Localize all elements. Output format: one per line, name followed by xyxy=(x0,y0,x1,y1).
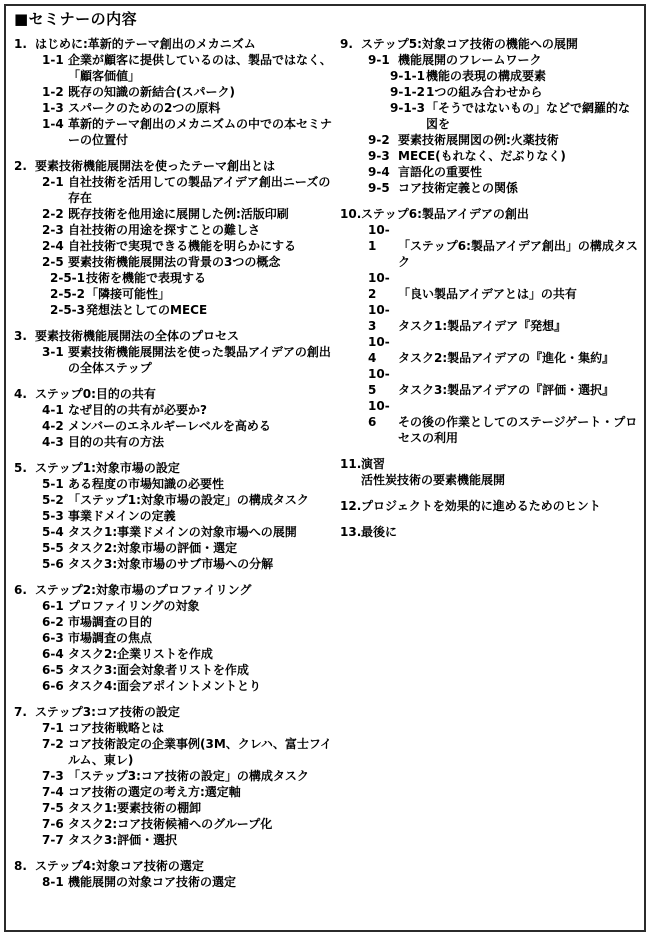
toc-item: 6-1プロファイリングの対象 xyxy=(14,598,336,614)
item-number: 6-5 xyxy=(42,662,68,678)
item-number: 9-5 xyxy=(368,180,398,196)
item-text: なぜ目的の共有が必要か? xyxy=(68,403,207,417)
toc-item: 6-5タスク3:面会対象者リストを作成 xyxy=(14,662,336,678)
item-number: 9-1 xyxy=(368,52,398,68)
section-title: 要素技術機能展開法の全体のプロセス xyxy=(35,329,239,343)
toc-section: 9.ステップ5:対象コア技術の機能への展開 9-1機能展開のフレームワーク 9-… xyxy=(340,36,640,196)
toc-column-right: 9.ステップ5:対象コア技術の機能への展開 9-1機能展開のフレームワーク 9-… xyxy=(340,36,640,550)
section-heading: 1.はじめに:革新的テーマ創出のメカニズム xyxy=(14,36,336,52)
section-heading: 7.ステップ3:コア技術の設定 xyxy=(14,704,336,720)
section-number: 13. xyxy=(340,524,361,540)
toc-item: 10-3タスク1:製品アイデア『発想』 xyxy=(340,302,640,334)
item-number: 5-5 xyxy=(42,540,68,556)
item-text: 要素技術展開図の例:火薬技術 xyxy=(398,133,559,147)
item-number: 4-1 xyxy=(42,402,68,418)
toc-item: 6-6タスク4:面会アポイントメントとり xyxy=(14,678,336,694)
item-text: タスク2:製品アイデアの『進化・集約』 xyxy=(398,351,614,365)
toc-section: 8.ステップ4:対象コア技術の選定 8-1機能展開の対象コア技術の選定 xyxy=(14,858,336,890)
item-text: 既存技術を他用途に展開した例:活版印刷 xyxy=(68,207,289,221)
item-number: 7-6 xyxy=(42,816,68,832)
section-number: 12. xyxy=(340,498,361,514)
item-number: 2-5-3 xyxy=(50,302,86,318)
item-text: コア技術の選定の考え方:選定軸 xyxy=(68,785,241,799)
toc-item: 8-1機能展開の対象コア技術の選定 xyxy=(14,874,336,890)
item-number: 2-3 xyxy=(42,222,68,238)
section-heading: 10.ステップ6:製品アイデアの創出 xyxy=(340,206,640,222)
item-text: 活性炭技術の要素機能展開 xyxy=(361,473,505,487)
toc-item: 10-4タスク2:製品アイデアの『進化・集約』 xyxy=(340,334,640,366)
toc-item: 7-7タスク3:評価・選択 xyxy=(14,832,336,848)
section-number: 6. xyxy=(14,582,35,598)
section-title: ステップ3:コア技術の設定 xyxy=(35,705,180,719)
item-number: 1-4 xyxy=(42,116,68,132)
section-heading: 12.プロジェクトを効果的に進めるためのヒント xyxy=(340,498,640,514)
item-text: 要素技術機能展開法を使った製品アイデアの創出の全体ステップ xyxy=(68,345,331,375)
item-text: コア技術設定の企業事例(3M、クレハ、富士フイルム、東レ) xyxy=(68,737,332,767)
item-text: ある程度の市場知識の必要性 xyxy=(68,477,224,491)
item-text: タスク2:対象市場の評価・選定 xyxy=(68,541,237,555)
item-text: 「ステップ6:製品アイデア創出」の構成タスク xyxy=(398,239,638,269)
toc-item: 7-5タスク1:要素技術の棚卸 xyxy=(14,800,336,816)
toc-item: 9-4言語化の重要性 xyxy=(340,164,640,180)
section-title: プロジェクトを効果的に進めるためのヒント xyxy=(361,499,601,513)
section-title: ステップ4:対象コア技術の選定 xyxy=(35,859,204,873)
item-text: 「良い製品アイデアとは」の共有 xyxy=(398,287,577,301)
toc-item: 5-3事業ドメインの定義 xyxy=(14,508,336,524)
item-number: 2-5-1 xyxy=(50,270,86,286)
toc-item: 7-1コア技術戦略とは xyxy=(14,720,336,736)
toc-item: 1-3スパークのための2つの原料 xyxy=(14,100,336,116)
toc-item: 10-2「良い製品アイデアとは」の共有 xyxy=(340,270,640,302)
item-number: 7-4 xyxy=(42,784,68,800)
toc-item: 5-1ある程度の市場知識の必要性 xyxy=(14,476,336,492)
item-text: コア技術戦略とは xyxy=(68,721,164,735)
section-heading: 8.ステップ4:対象コア技術の選定 xyxy=(14,858,336,874)
item-number: 3-1 xyxy=(42,344,68,360)
item-text: 機能展開のフレームワーク xyxy=(398,53,542,67)
toc-section: 2.要素技術機能展開法を使ったテーマ創出とは 2-1自社技術を活用しての製品アイ… xyxy=(14,158,336,318)
section-title: ステップ6:製品アイデアの創出 xyxy=(361,207,529,221)
item-text: 市場調査の焦点 xyxy=(68,631,152,645)
section-heading: 6.ステップ2:対象市場のプロファイリング xyxy=(14,582,336,598)
item-text: 機能展開の対象コア技術の選定 xyxy=(68,875,236,889)
section-heading: 9.ステップ5:対象コア技術の機能への展開 xyxy=(340,36,640,52)
item-number: 7-1 xyxy=(42,720,68,736)
item-text: タスク3:面会対象者リストを作成 xyxy=(68,663,249,677)
item-number: 10-3 xyxy=(368,302,398,334)
toc-item: 7-2コア技術設定の企業事例(3M、クレハ、富士フイルム、東レ) xyxy=(14,736,336,768)
item-number: 4-2 xyxy=(42,418,68,434)
section-number: 10. xyxy=(340,206,361,222)
item-number: 2-2 xyxy=(42,206,68,222)
item-number: 4-3 xyxy=(42,434,68,450)
section-heading: 2.要素技術機能展開法を使ったテーマ創出とは xyxy=(14,158,336,174)
section-title: 演習 xyxy=(361,457,385,471)
toc-section: 6.ステップ2:対象市場のプロファイリング 6-1プロファイリングの対象 6-2… xyxy=(14,582,336,694)
section-title: 要素技術機能展開法を使ったテーマ創出とは xyxy=(35,159,275,173)
toc-item: 2-5-3発想法としてのMECE xyxy=(14,302,336,318)
toc-item: 6-2市場調査の目的 xyxy=(14,614,336,630)
item-text: その後の作業としてのステージゲート・プロセスの利用 xyxy=(398,415,637,445)
section-heading: 5.ステップ1:対象市場の設定 xyxy=(14,460,336,476)
page-title: ■セミナーの内容 xyxy=(14,10,640,29)
toc-item: 9-1-21つの組み合わせから xyxy=(340,84,640,100)
document-page: ■セミナーの内容 1.はじめに:革新的テーマ創出のメカニズム 1-1企業が顧客に… xyxy=(0,0,650,939)
item-text: 事業ドメインの定義 xyxy=(68,509,176,523)
item-number: 10-5 xyxy=(368,366,398,398)
toc-section: 3.要素技術機能展開法の全体のプロセス 3-1要素技術機能展開法を使った製品アイ… xyxy=(14,328,336,376)
item-number: 8-1 xyxy=(42,874,68,890)
toc-item: 2-5-2「隣接可能性」 xyxy=(14,286,336,302)
item-text: スパークのための2つの原料 xyxy=(68,101,220,115)
item-text: 自社技術を活用しての製品アイデア創出ニーズの存在 xyxy=(68,175,330,205)
item-text: 技術を機能で表現する xyxy=(86,271,206,285)
toc-item: 5-4タスク1:事業ドメインの対象市場への展開 xyxy=(14,524,336,540)
section-heading: 13.最後に xyxy=(340,524,640,540)
toc-section: 7.ステップ3:コア技術の設定 7-1コア技術戦略とは 7-2コア技術設定の企業… xyxy=(14,704,336,848)
section-number: 11. xyxy=(340,456,361,472)
item-number: 6-1 xyxy=(42,598,68,614)
toc-item: 1-4革新的テーマ創出のメカニズムの中での本セミナーの位置付 xyxy=(14,116,336,148)
item-text: 「ステップ3:コア技術の設定」の構成タスク xyxy=(68,769,309,783)
item-text: タスク3:対象市場のサブ市場への分解 xyxy=(68,557,273,571)
item-text: 既存の知識の新結合(スパーク) xyxy=(68,85,235,99)
item-number: 2-5-2 xyxy=(50,286,86,302)
item-text: 市場調査の目的 xyxy=(68,615,152,629)
item-number: 7-2 xyxy=(42,736,68,752)
toc-item: 4-2メンバーのエネルギーレベルを高める xyxy=(14,418,336,434)
item-number: 7-5 xyxy=(42,800,68,816)
toc-item: 7-6タスク2:コア技術候補へのグループ化 xyxy=(14,816,336,832)
item-number: 1-2 xyxy=(42,84,68,100)
section-heading: 11.演習 xyxy=(340,456,640,472)
item-text: タスク2:企業リストを作成 xyxy=(68,647,213,661)
section-number: 5. xyxy=(14,460,35,476)
section-number: 3. xyxy=(14,328,35,344)
toc-item: 2-5-1技術を機能で表現する xyxy=(14,270,336,286)
item-number: 5-6 xyxy=(42,556,68,572)
toc-item: 6-4タスク2:企業リストを作成 xyxy=(14,646,336,662)
item-number: 10-6 xyxy=(368,398,398,430)
section-number: 9. xyxy=(340,36,361,52)
toc-section: 13.最後に xyxy=(340,524,640,540)
item-number: 9-1-2 xyxy=(390,84,426,100)
toc-section: 1.はじめに:革新的テーマ創出のメカニズム 1-1企業が顧客に提供しているのは、… xyxy=(14,36,336,148)
item-number: 10-4 xyxy=(368,334,398,366)
section-title: ステップ0:目的の共有 xyxy=(35,387,156,401)
item-text: タスク1:要素技術の棚卸 xyxy=(68,801,201,815)
item-number: 9-4 xyxy=(368,164,398,180)
item-number: 2-1 xyxy=(42,174,68,190)
item-text: 言語化の重要性 xyxy=(398,165,482,179)
toc-item: 2-4自社技術で実現できる機能を明らかにする xyxy=(14,238,336,254)
item-number: 7-3 xyxy=(42,768,68,784)
item-text: タスク2:コア技術候補へのグループ化 xyxy=(68,817,272,831)
item-number: 9-3 xyxy=(368,148,398,164)
section-number: 4. xyxy=(14,386,35,402)
toc-columns: 1.はじめに:革新的テーマ創出のメカニズム 1-1企業が顧客に提供しているのは、… xyxy=(14,36,640,900)
toc-item: 2-1自社技術を活用しての製品アイデア創出ニーズの存在 xyxy=(14,174,336,206)
item-text: 目的の共有の方法 xyxy=(68,435,164,449)
toc-item: 7-4コア技術の選定の考え方:選定軸 xyxy=(14,784,336,800)
toc-item: 10-6その後の作業としてのステージゲート・プロセスの利用 xyxy=(340,398,640,446)
toc-item: 7-3「ステップ3:コア技術の設定」の構成タスク xyxy=(14,768,336,784)
item-text: タスク4:面会アポイントメントとり xyxy=(68,679,261,693)
item-text: タスク3:評価・選択 xyxy=(68,833,177,847)
section-title: 最後に xyxy=(361,525,397,539)
item-number: 2-5 xyxy=(42,254,68,270)
section-number: 7. xyxy=(14,704,35,720)
item-number: 2-4 xyxy=(42,238,68,254)
toc-item: 2-5要素技術機能展開法の背景の3つの概念 xyxy=(14,254,336,270)
section-title: はじめに:革新的テーマ創出のメカニズム xyxy=(35,37,256,51)
toc-item: 4-3目的の共有の方法 xyxy=(14,434,336,450)
item-text: 革新的テーマ創出のメカニズムの中での本セミナーの位置付 xyxy=(68,117,332,147)
toc-item: 3-1要素技術機能展開法を使った製品アイデアの創出の全体ステップ xyxy=(14,344,336,376)
toc-item: 2-3自社技術の用途を探すことの難しさ xyxy=(14,222,336,238)
item-number: 5-2 xyxy=(42,492,68,508)
toc-column-left: 1.はじめに:革新的テーマ創出のメカニズム 1-1企業が顧客に提供しているのは、… xyxy=(14,36,336,900)
toc-item: 1-1企業が顧客に提供しているのは、製品ではなく、「顧客価値」 xyxy=(14,52,336,84)
section-title: ステップ1:対象市場の設定 xyxy=(35,461,180,475)
toc-item: 活性炭技術の要素機能展開 xyxy=(340,472,640,488)
toc-section: 11.演習 活性炭技術の要素機能展開 xyxy=(340,456,640,488)
item-number: 10-2 xyxy=(368,270,398,302)
item-text: 1つの組み合わせから xyxy=(426,85,542,99)
toc-section: 4.ステップ0:目的の共有 4-1なぜ目的の共有が必要か? 4-2メンバーのエネ… xyxy=(14,386,336,450)
toc-item: 9-1-1機能の表現の構成要素 xyxy=(340,68,640,84)
section-heading: 4.ステップ0:目的の共有 xyxy=(14,386,336,402)
section-number: 8. xyxy=(14,858,35,874)
item-text: MECE(もれなく、だぶりなく) xyxy=(398,149,566,163)
item-text: 企業が顧客に提供しているのは、製品ではなく、「顧客価値」 xyxy=(68,53,332,83)
item-number: 10-1 xyxy=(368,222,398,254)
item-text: 自社技術の用途を探すことの難しさ xyxy=(68,223,260,237)
toc-item: 9-3MECE(もれなく、だぶりなく) xyxy=(340,148,640,164)
item-number: 9-1-3 xyxy=(390,100,426,116)
item-text: 自社技術で実現できる機能を明らかにする xyxy=(68,239,296,253)
toc-item: 5-2「ステップ1:対象市場の設定」の構成タスク xyxy=(14,492,336,508)
section-number: 1. xyxy=(14,36,35,52)
item-number: 6-6 xyxy=(42,678,68,694)
item-number: 9-2 xyxy=(368,132,398,148)
item-text: メンバーのエネルギーレベルを高める xyxy=(68,419,271,433)
toc-item: 9-1機能展開のフレームワーク xyxy=(340,52,640,68)
item-text: プロファイリングの対象 xyxy=(68,599,200,613)
item-number: 6-2 xyxy=(42,614,68,630)
toc-item: 9-1-3「そうではないもの」などで網羅的な図を xyxy=(340,100,640,132)
item-number: 7-7 xyxy=(42,832,68,848)
item-text: 「隣接可能性」 xyxy=(86,287,170,301)
toc-item: 9-5コア技術定義との関係 xyxy=(340,180,640,196)
section-heading: 3.要素技術機能展開法の全体のプロセス xyxy=(14,328,336,344)
item-number: 6-3 xyxy=(42,630,68,646)
item-text: タスク1:製品アイデア『発想』 xyxy=(398,319,566,333)
toc-section: 12.プロジェクトを効果的に進めるためのヒント xyxy=(340,498,640,514)
section-title: ステップ2:対象市場のプロファイリング xyxy=(35,583,251,597)
item-text: 発想法としてのMECE xyxy=(86,303,207,317)
item-text: コア技術定義との関係 xyxy=(398,181,518,195)
toc-item: 4-1なぜ目的の共有が必要か? xyxy=(14,402,336,418)
section-title: ステップ5:対象コア技術の機能への展開 xyxy=(361,37,578,51)
item-number: 9-1-1 xyxy=(390,68,426,84)
page-border-frame: ■セミナーの内容 1.はじめに:革新的テーマ創出のメカニズム 1-1企業が顧客に… xyxy=(4,4,646,932)
item-number: 6-4 xyxy=(42,646,68,662)
item-text: 「ステップ1:対象市場の設定」の構成タスク xyxy=(68,493,309,507)
toc-item: 10-5タスク3:製品アイデアの『評価・選択』 xyxy=(340,366,640,398)
toc-item: 10-1「ステップ6:製品アイデア創出」の構成タスク xyxy=(340,222,640,270)
item-text: 「そうではないもの」などで網羅的な図を xyxy=(426,101,630,131)
item-number: 5-1 xyxy=(42,476,68,492)
item-number: 5-3 xyxy=(42,508,68,524)
toc-item: 1-2既存の知識の新結合(スパーク) xyxy=(14,84,336,100)
item-number: 5-4 xyxy=(42,524,68,540)
item-text: タスク1:事業ドメインの対象市場への展開 xyxy=(68,525,297,539)
item-text: 要素技術機能展開法の背景の3つの概念 xyxy=(68,255,280,269)
item-text: 機能の表現の構成要素 xyxy=(426,69,546,83)
toc-item: 2-2既存技術を他用途に展開した例:活版印刷 xyxy=(14,206,336,222)
item-number: 1-1 xyxy=(42,52,68,68)
toc-item: 6-3市場調査の焦点 xyxy=(14,630,336,646)
item-number: 1-3 xyxy=(42,100,68,116)
toc-item: 5-6タスク3:対象市場のサブ市場への分解 xyxy=(14,556,336,572)
toc-section: 10.ステップ6:製品アイデアの創出 10-1「ステップ6:製品アイデア創出」の… xyxy=(340,206,640,446)
section-number: 2. xyxy=(14,158,35,174)
toc-item: 5-5タスク2:対象市場の評価・選定 xyxy=(14,540,336,556)
toc-item: 9-2要素技術展開図の例:火薬技術 xyxy=(340,132,640,148)
item-text: タスク3:製品アイデアの『評価・選択』 xyxy=(398,383,614,397)
toc-section: 5.ステップ1:対象市場の設定 5-1ある程度の市場知識の必要性 5-2「ステッ… xyxy=(14,460,336,572)
